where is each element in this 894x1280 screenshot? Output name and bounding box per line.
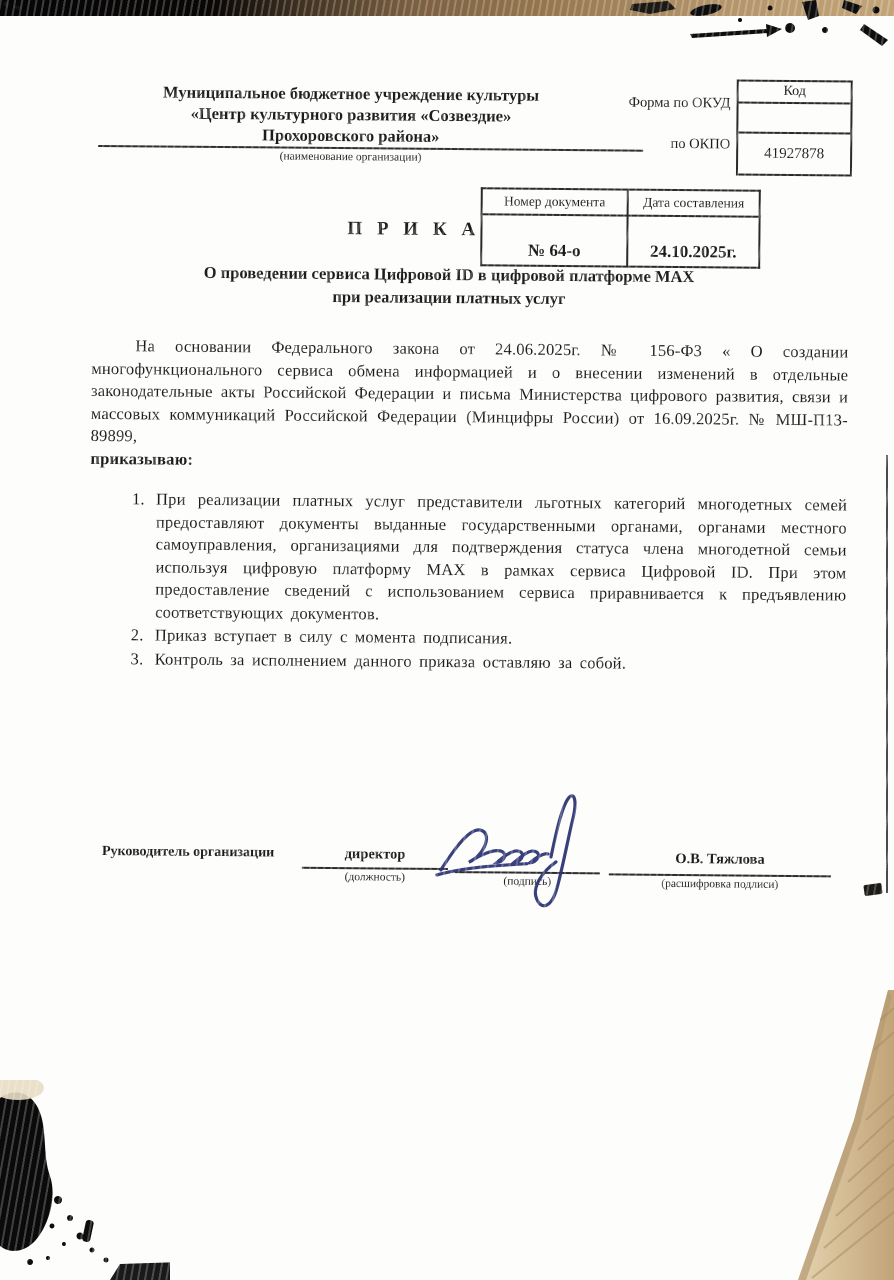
scanned-order-document: Муниципальное бюджетное учреждение культ… — [0, 0, 894, 1280]
table-surface-bottom-strip — [0, 0, 894, 16]
table-surface-corner-wedge — [770, 990, 894, 1280]
